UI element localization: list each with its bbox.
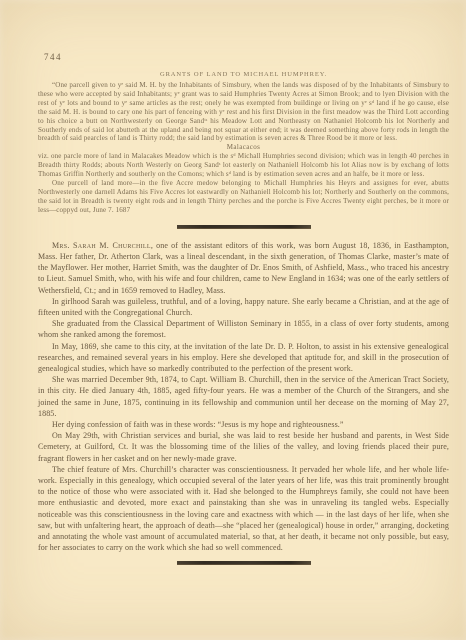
biography-paragraph: In May, 1869, she came to this city, at …: [38, 341, 449, 375]
grant-paragraph: One purcell of land more—in the five Acc…: [38, 179, 449, 215]
biography-paragraph: She was married December 9th, 1874, to C…: [38, 374, 449, 419]
grants-subheading: Malacacos: [38, 143, 449, 152]
grants-section-heading: GRANTS OF LAND TO MICHAEL HUMPHREY.: [38, 71, 449, 78]
subject-name: Mrs. Sarah M. Churchill: [52, 241, 151, 250]
end-of-section-rule: [177, 561, 311, 565]
page-content: GRANTS OF LAND TO MICHAEL HUMPHREY. “One…: [0, 0, 466, 565]
section-divider-rule: [177, 225, 311, 229]
biography-paragraph: Her dying confession of faith was in the…: [38, 419, 449, 430]
page-number: 744: [44, 52, 62, 62]
biography-paragraph: She graduated from the Classical Departm…: [38, 318, 449, 340]
biography-section: Mrs. Sarah M. Churchill, one of the assi…: [38, 240, 449, 554]
biography-paragraph: Mrs. Sarah M. Churchill, one of the assi…: [38, 240, 449, 296]
biography-paragraph: On May 29th, with Christian services and…: [38, 430, 449, 464]
biography-paragraph: In girlhood Sarah was guileless, truthfu…: [38, 296, 449, 318]
grant-paragraph: “One parcell given to yᵉ said M. H. by t…: [38, 81, 449, 143]
book-page: 744 GRANTS OF LAND TO MICHAEL HUMPHREY. …: [0, 0, 466, 640]
biography-paragraph: The chief feature of Mrs. Churchill’s ch…: [38, 464, 449, 554]
grants-section: GRANTS OF LAND TO MICHAEL HUMPHREY. “One…: [38, 71, 449, 215]
grant-paragraph: viz. one parcle more of land in Malacake…: [38, 152, 449, 179]
